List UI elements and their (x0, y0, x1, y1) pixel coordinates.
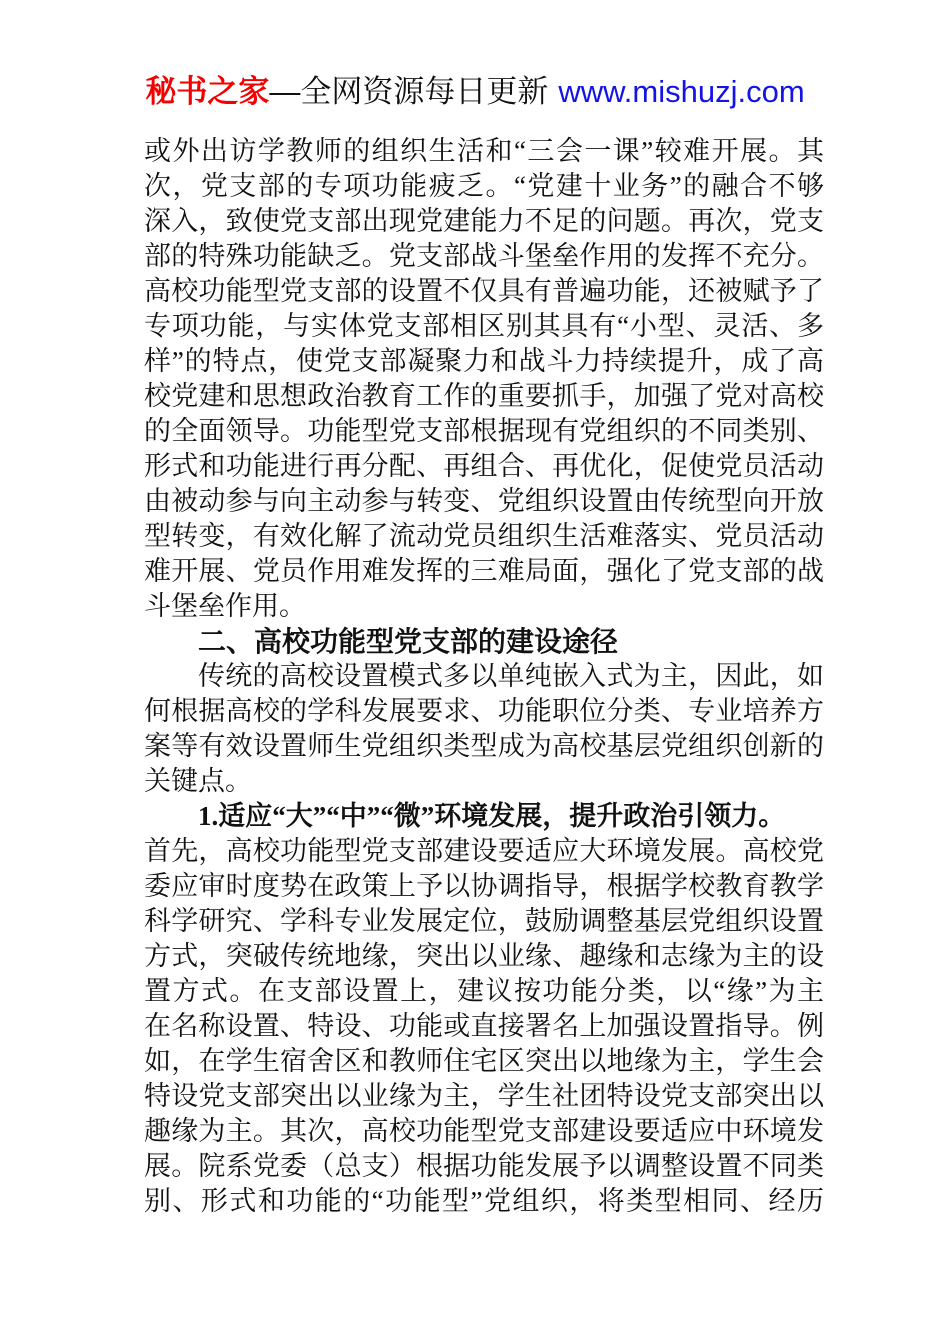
text-line: 在名称设置、特设、功能或直接署名上加强设置指导。例 (144, 1009, 824, 1044)
text-line: 展。院系党委（总支）根据功能发展予以调整设置不同类 (144, 1149, 824, 1184)
text-line: 深入，致使党支部出现党建能力不足的问题。再次，党支 (144, 204, 824, 239)
site-header: 秘书之家—全网资源每日更新www.mishuzj.com (0, 72, 950, 112)
text-line: 传统的高校设置模式多以单纯嵌入式为主，因此，如 (144, 659, 824, 694)
text-line: 关键点。 (144, 764, 824, 799)
text-line: 趣缘为主。其次，高校功能型党支部建设要适应中环境发 (144, 1114, 824, 1149)
text-line: 部的特殊功能缺乏。党支部战斗堡垒作用的发挥不充分。 (144, 239, 824, 274)
text-line: 校党建和思想政治教育工作的重要抓手，加强了党对高校 (144, 379, 824, 414)
text-line: 科学研究、学科专业发展定位，鼓励调整基层党组织设置 (144, 904, 824, 939)
text-line: 委应审时度势在政策上予以协调指导，根据学校教育教学 (144, 869, 824, 904)
text-line: 案等有效设置师生党组织类型成为高校基层党组织创新的 (144, 729, 824, 764)
document-body: 或外出访学教师的组织生活和“三会一课”较难开展。其次，党支部的专项功能疲乏。“党… (144, 134, 824, 1219)
section-heading: 二、高校功能型党支部的建设途径 (144, 624, 824, 659)
text-line: 难开展、党员作用难发挥的三难局面，强化了党支部的战 (144, 554, 824, 589)
text-line: 的全面领导。功能型党支部根据现有党组织的不同类别、 (144, 414, 824, 449)
sub-heading: 1.适应“大”“中”“微”环境发展，提升政治引领力。 (144, 799, 824, 834)
text-line: 特设党支部突出以业缘为主，学生社团特设党支部突出以 (144, 1079, 824, 1114)
text-line: 型转变，有效化解了流动党员组织生活难落实、党员活动 (144, 519, 824, 554)
text-line: 斗堡垒作用。 (144, 589, 824, 624)
text-line: 形式和功能进行再分配、再组合、再优化，促使党员活动 (144, 449, 824, 484)
document-page: 秘书之家—全网资源每日更新www.mishuzj.com 或外出访学教师的组织生… (0, 0, 950, 1344)
text-line: 专项功能，与实体党支部相区别其具有“小型、灵活、多 (144, 309, 824, 344)
text-line: 何根据高校的学科发展要求、功能职位分类、专业培养方 (144, 694, 824, 729)
text-line: 高校功能型党支部的设置不仅具有普遍功能，还被赋予了 (144, 274, 824, 309)
text-line: 由被动参与向主动参与转变、党组织设置由传统型向开放 (144, 484, 824, 519)
text-line: 方式，突破传统地缘，突出以业缘、趣缘和志缘为主的设 (144, 939, 824, 974)
text-line: 或外出访学教师的组织生活和“三会一课”较难开展。其 (144, 134, 824, 169)
text-line: 如，在学生宿舍区和教师住宅区突出以地缘为主，学生会 (144, 1044, 824, 1079)
site-url-link[interactable]: www.mishuzj.com (558, 74, 804, 109)
text-line: 样”的特点，使党支部凝聚力和战斗力持续提升，成了高 (144, 344, 824, 379)
site-tagline: —全网资源每日更新 (269, 74, 548, 109)
text-line: 首先，高校功能型党支部建设要适应大环境发展。高校党 (144, 834, 824, 869)
text-line: 置方式。在支部设置上，建议按功能分类，以“缘”为主 (144, 974, 824, 1009)
text-line: 别、形式和功能的“功能型”党组织，将类型相同、经历 (144, 1184, 824, 1219)
text-line: 次，党支部的专项功能疲乏。“党建十业务”的融合不够 (144, 169, 824, 204)
site-brand: 秘书之家 (145, 74, 269, 109)
